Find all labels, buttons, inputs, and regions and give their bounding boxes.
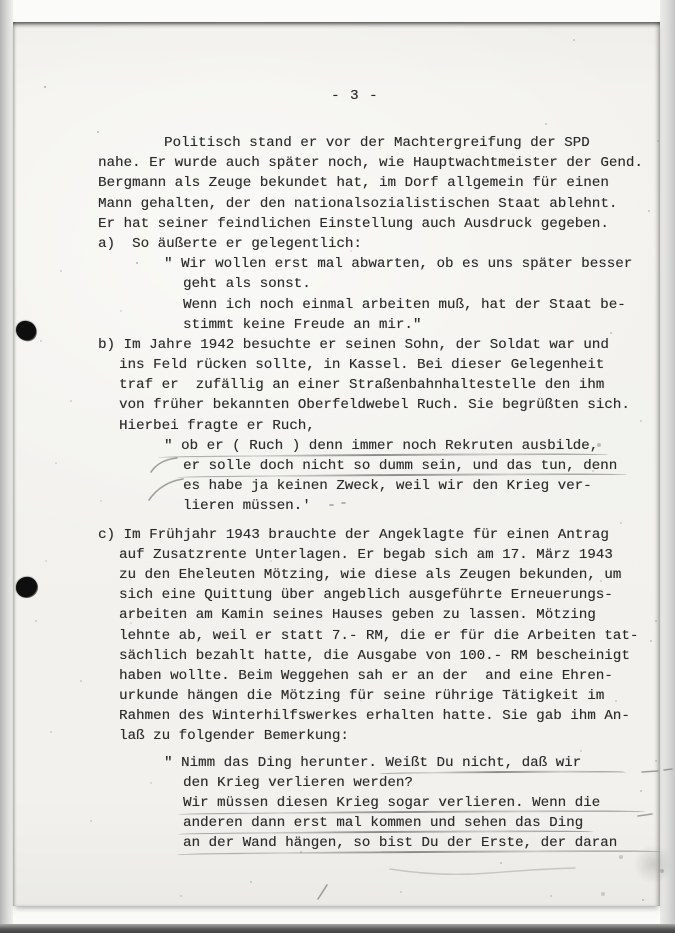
text-segment: sächlich bezahlt hatte, die Ausgabe von … [119,648,630,664]
text-line: Rahmen des Winterhilfswerkes erhalten ha… [13,706,660,726]
text-line: laß zu folgender Bemerkung: [13,726,660,746]
text-line: geht als sonst. [13,274,660,294]
text-line: ins Feld rücken sollte, in Kassel. Bei d… [13,355,660,375]
underlined-text-segment: " ob er ( Ruch ) denn immer noch Rekrute… [164,438,598,454]
text-line: haben wollte. Beim Weggehen sah er an de… [13,666,660,686]
text-segment: haben wollte. Beim Weggehen sah er an de… [119,668,613,684]
text-segment: laß zu folgender Bemerkung: [119,728,349,744]
text-line: nahe. Er wurde auch später noch, wie Hau… [13,153,660,173]
text-line: sich eine Quittung über angeblich ausgef… [13,585,660,605]
text-line: den Krieg verlieren werden? [13,773,660,793]
text-line: er solle doch nicht so dumm sein, und da… [13,456,660,476]
text-segment: c) Im Frühjahr 1943 brauchte der Angekla… [98,527,609,543]
text-line: arbeiten am Kamin seines Hauses geben zu… [13,605,660,625]
text-line: Hierbei fragte er Ruch, [13,416,660,436]
text-segment: den Krieg verlieren werden? [183,775,413,791]
text-line: es habe ja keinen Zweck, weil wir den Kr… [13,476,660,496]
text-segment: Er hat seiner feindlichen Einstellung au… [98,216,609,232]
text-line: an der Wand hängen, so bist Du der Erste… [13,833,660,853]
text-segment: geht als sonst. [183,276,311,292]
text-segment: Rahmen des Winterhilfswerkes erhalten ha… [119,708,630,724]
text-line: " ob er ( Ruch ) denn immer noch Rekrute… [13,436,660,456]
text-segment: zu den Eheleuten Mötzing, wie diese als … [119,567,621,583]
text-segment: lehnte ab, weil er statt 7.- RM, die er … [119,628,638,644]
page-number: - 3 - [331,88,379,104]
document-page: - 3 - Politisch stand er vor der Machter… [13,22,660,906]
text-line: " Wir wollen erst mal abwarten, ob es un… [13,254,660,274]
text-line: c) Im Frühjahr 1943 brauchte der Angekla… [13,525,660,545]
scan-edge-top [12,0,661,22]
underlined-text-segment: anderen dann erst mal kommen und sehen d… [183,815,583,831]
scan-smudge [633,845,673,883]
text-line: Er hat seiner feindlichen Einstellung au… [13,214,660,234]
text-segment: Hierbei fragte er Ruch, [119,418,315,434]
text-segment: urkunde hängen die Mötzing für seine rüh… [119,688,604,704]
document-lines: Politisch stand er vor der Machtergreifu… [13,133,660,854]
text-line: Politisch stand er vor der Machtergreifu… [13,133,660,153]
text-line: lehnte ab, weil er statt 7.- RM, die er … [13,626,660,646]
underlined-text-segment: Weißt Du nicht, daß wir [385,755,581,771]
text-line: " Nimm das Ding herunter. Weißt Du nicht… [13,753,660,773]
text-segment: auf Zusatzrente Unterlagen. Er begab sic… [119,547,613,563]
text-line: traf er zufällig an einer Straßenbahnhal… [13,375,660,395]
text-segment: sich eine Quittung über angeblich ausgef… [119,587,613,603]
scan-edge-left [0,0,13,933]
text-line: Wir müssen diesen Krieg sogar verlieren.… [13,793,660,813]
text-line: Bergmann als Zeuge bekundet hat, im Dorf… [13,173,660,193]
text-segment: stimmt keine Freude an mir." [183,317,421,333]
text-line: auf Zusatzrente Unterlagen. Er begab sic… [13,545,660,565]
text-segment: traf er zufällig an einer Straßenbahnhal… [119,377,604,393]
text-segment: lieren müssen.' [183,498,311,514]
text-segment: es habe ja keinen Zweck, weil wir den Kr… [183,478,592,494]
text-line: Wenn ich noch einmal arbeiten muß, hat d… [13,295,660,315]
underlined-text-segment: an der Wand hängen, so bist Du der Erste… [183,835,617,851]
underlined-text-segment: Wir müssen diesen Krieg sogar verlieren.… [183,795,600,811]
paper-noise [0,0,2,2]
text-segment: ins Feld rücken sollte, in Kassel. Bei d… [119,357,604,373]
text-segment: " Wir wollen erst mal abwarten, ob es un… [164,256,632,272]
underlined-text-segment: er solle doch nicht so dumm sein, und da… [183,458,617,474]
text-segment: " Nimm das Ding herunter. [164,755,385,771]
scanned-document: - 3 - Politisch stand er vor der Machter… [0,0,675,933]
text-line: lieren müssen.' [13,496,660,516]
text-segment: Bergmann als Zeuge bekundet hat, im Dorf… [98,175,609,191]
text-line: b) Im Jahre 1942 besuchte er seinen Sohn… [13,335,660,355]
text-line: zu den Eheleuten Mötzing, wie diese als … [13,565,660,585]
text-segment: a) So äußerte er gelegentlich: [98,236,362,252]
text-line: stimmt keine Freude an mir." [13,315,660,335]
text-segment: Mann gehalten, der den nationalsozialist… [98,196,617,212]
text-segment: Politisch stand er vor der Machtergreifu… [164,135,590,151]
scan-edge-right [660,0,675,933]
text-segment: arbeiten am Kamin seines Hauses geben zu… [119,607,596,623]
text-line: urkunde hängen die Mötzing für seine rüh… [13,686,660,706]
text-line: sächlich bezahlt hatte, die Ausgabe von … [13,646,660,666]
text-segment: Wenn ich noch einmal arbeiten muß, hat d… [183,297,626,313]
text-segment: b) Im Jahre 1942 besuchte er seinen Sohn… [98,337,609,353]
text-segment: von früher bekannten Oberfeldwebel Ruch.… [119,397,630,413]
text-segment: nahe. Er wurde auch später noch, wie Hau… [98,155,643,171]
text-line: Mann gehalten, der den nationalsozialist… [13,194,660,214]
scan-band-bottom [0,924,675,933]
text-line: von früher bekannten Oberfeldwebel Ruch.… [13,395,660,415]
text-line: a) So äußerte er gelegentlich: [13,234,660,254]
text-line: anderen dann erst mal kommen und sehen d… [13,813,660,833]
